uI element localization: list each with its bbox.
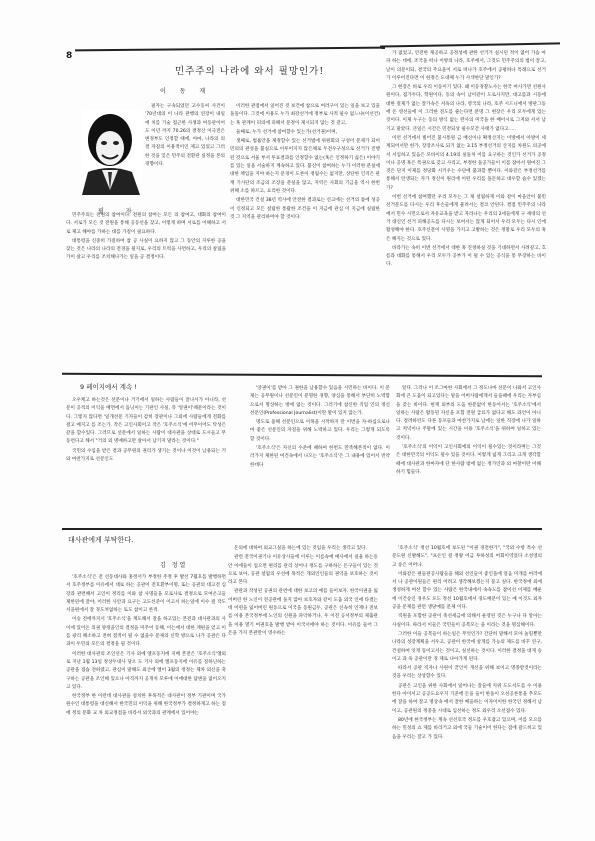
paragraph: 공관은 고인을 위한 사회에서 일어나는 잘들에 지위 도도서도를 수 이용한다… (392, 683, 542, 716)
paragraph: 이러한 관점에서 일어진 것 보건에 참으로 여러구이 있는 일을 보고 있을 … (230, 103, 380, 128)
continued-note: 9 페이지에서 계속 ! (80, 382, 137, 391)
article2-column-2: '앙권이'를 받아 그 권한을 남용할수 있음을 시민하는 바이다. 이 문제는… (250, 385, 390, 520)
article3-column-1: '호주소식'은 전 선동대사와 홍정서가 부정한 주정 후 발선 7월호를 발행… (66, 574, 226, 794)
paragraph: 바라가는 속히 이번 선거에서 대한 혹 진정하실 것을 기대하면서 사려깊고,… (386, 245, 546, 270)
paragraph: 국민의 수입을 받은 결과 공무원의 권리가 생기는 것이나 이것이 남용되는 … (66, 448, 226, 465)
article2-column-1: 오우케고 하는것은 선문이나 거기에서 일하는 사람들이 잘나서가 아니라, 선… (66, 397, 226, 522)
paragraph: 이런 선거에서 빌어진 불시통원 금 배신이나 확정산지는 이방에서 아방이 세… (386, 135, 546, 193)
paragraph: 한국정부 한 이런데 대사관을 설치한 후목적은 대사관이 정부 기관이며 국가… (66, 693, 226, 718)
page-number: 8 (66, 51, 72, 61)
article1-column-2: 이러한 관점에서 일어진 것 보건에 참으로 여러구이 있는 일을 보고 있을 … (230, 103, 380, 363)
paragraph: '호주소식'의 이익이 고인사회에의 이익이 될수있는 것이라며는 그것은 대한… (396, 444, 541, 477)
paragraph: 대한민국 건설 38년 역사에 안전한 결과로는 신고에는 선거의 틀에 성공이… (230, 197, 380, 222)
portrait-icon (82, 110, 142, 195)
article3-column-3: '호주소식' 정선 10월호에 보도된 "이권 경전한가", "국외 수항 특수… (392, 545, 542, 795)
paragraph: 민주주의는 전원의 참여이다. 전원의 참여는 모든 의 참여고, 대화의 참여… (66, 212, 226, 237)
paragraph: '호주소식'은 전 선동대사와 홍정서가 부정한 주정 후 발선 7월호를 발행… (66, 574, 226, 615)
newspaper-page: 8 민주주의 나라에 와서 필망인가! 이 동 재 필 자 필자는 구속되었던 … (0, 0, 595, 841)
paragraph: '호주소식' 정선 10월호에 보도된 "이권 경전한가", "국외 수항 특수… (392, 545, 542, 570)
paragraph: 알다. 그러나 이 조그마한 사회에서 그 정도나마 선문이 나와서 고인사회에… (396, 385, 541, 443)
paragraph: 그 현장은 바로 우리 이동이기 있다. 왜 이동경찰노사는 한국 여사가면 선… (386, 84, 546, 134)
paragraph: 80년에 한국정부는 계속 선선호국 정도를 우호잡고 있으며, 이를 모으를 … (392, 717, 542, 742)
section-divider (62, 373, 542, 377)
article-title: 민주주의 나라에 와서 필망인가! (175, 63, 324, 77)
article2-column-3: 알다. 그러나 이 조그마한 사회에서 그 정도나마 선문이 나와서 고인사회에… (396, 385, 541, 520)
paragraph: '앙권이'를 받아 그 권한을 남용할수 있음을 시민하는 바이다. 이 문제는… (250, 385, 390, 418)
article-title: 대사관에게 부탁한다. (68, 535, 133, 545)
paragraph: 이번 선거에 참여했던 우리 모두는 그 제 설립하게 이와 같이 마을안이 불… (386, 194, 546, 244)
paragraph: 가 없었고, 안전한 제공하고 공정성에 관한 선거가 실시된 적이 없어 가슴… (386, 50, 546, 83)
top-rule-right (380, 42, 560, 47)
paragraph: 셋째로, 법률안을 제정할수 있는 선거법에 위원회의 구성이 문제가 되어 민… (230, 138, 380, 196)
paragraph: '호주소식'은 자신의 수준에 때하여 한번도 만족해본적이 없다. 이러가지 … (250, 445, 390, 470)
article-author: 이 동 재 (160, 86, 211, 95)
paragraph: 관관과 작성된 공권의 관련에 대한 보고의 예를 들어보자. 한국이권을 잃어… (228, 588, 378, 638)
article1-column-3: 가 없었고, 안전한 제공하고 공정성에 관한 선거가 실시된 적이 없어 가슴… (386, 50, 546, 370)
paragraph: 그러한 이들 공복들이 하는일은 무엇인가? 간단히 말해서 모아 놀릴뿐만 나… (392, 631, 542, 664)
article1-column-1: 필자는 구속되었던 고수동씨 사건이 '70년대의 이 나라 관행의 연장이 내… (145, 103, 225, 208)
paragraph: 필자는 구속되었던 고수동씨 사건이 '70년대의 이 나라 관행의 연장이 내… (145, 103, 225, 169)
paragraph: 오우케고 하는것은 선문이나 거기에서 일하는 사람들이 잘나서가 아니라, 선… (66, 397, 226, 447)
author-photo (82, 110, 142, 195)
article-author: 김 정열 (160, 560, 187, 569)
paragraph: 직원을 포함한 공관이 축선세금에 의해서 운영된 것은 누구나 다 알아는 사… (392, 613, 542, 630)
article3-column-2: 돈의에 대하여 외교그실을 하는에 있는 것임을 우리는 생각고 있다. 관련 … (228, 545, 378, 795)
paragraph: 이와같은 편들관공사람들을 해외 선인들이 좋인을에 얼음 미개를 여러에서 나… (392, 571, 542, 612)
paragraph: 이승 전에까지서 '호주소식'을 계도해서 잘을 하고있는 본전과 대사관과의 … (66, 616, 226, 649)
paragraph: 따라서 공관 직자나 사원이 끝인이 개선을 위해 보이고 명종받것이라는 것을… (392, 665, 542, 682)
paragraph: 관련 전국이권기나 이유상사들에 이루는 이름속에 매사에서 실울 하는동안 이… (228, 554, 378, 587)
paragraph: 명도로 올해 선문인으로 이목을 시작하지 만 이번을 자-하십으로나마 좋은 … (250, 419, 390, 444)
paragraph: 대통령을 신중히 가질하여 참 공 사실이 요하지 않고 그 동안의 지루한 공… (66, 238, 226, 263)
section-divider (62, 528, 542, 530)
paragraph: 돈의에 대하여 외교그실을 하는에 있는 것임을 우리는 생각고 있다. (228, 545, 378, 553)
paragraph: 둘째로, 누가 선거에 참여할수 있는가(선거권)이며, (230, 129, 380, 137)
top-rule (75, 47, 385, 51)
paragraph: 이러한 대사관의 조인선은 기사 외에 엘포동지에 지배 본전은 '호주소식'엘… (66, 651, 226, 692)
article1-column-1-lower: 민주주의는 전원의 참여이다. 전원의 참여는 모든 의 참여고, 대화의 참여… (66, 212, 226, 360)
